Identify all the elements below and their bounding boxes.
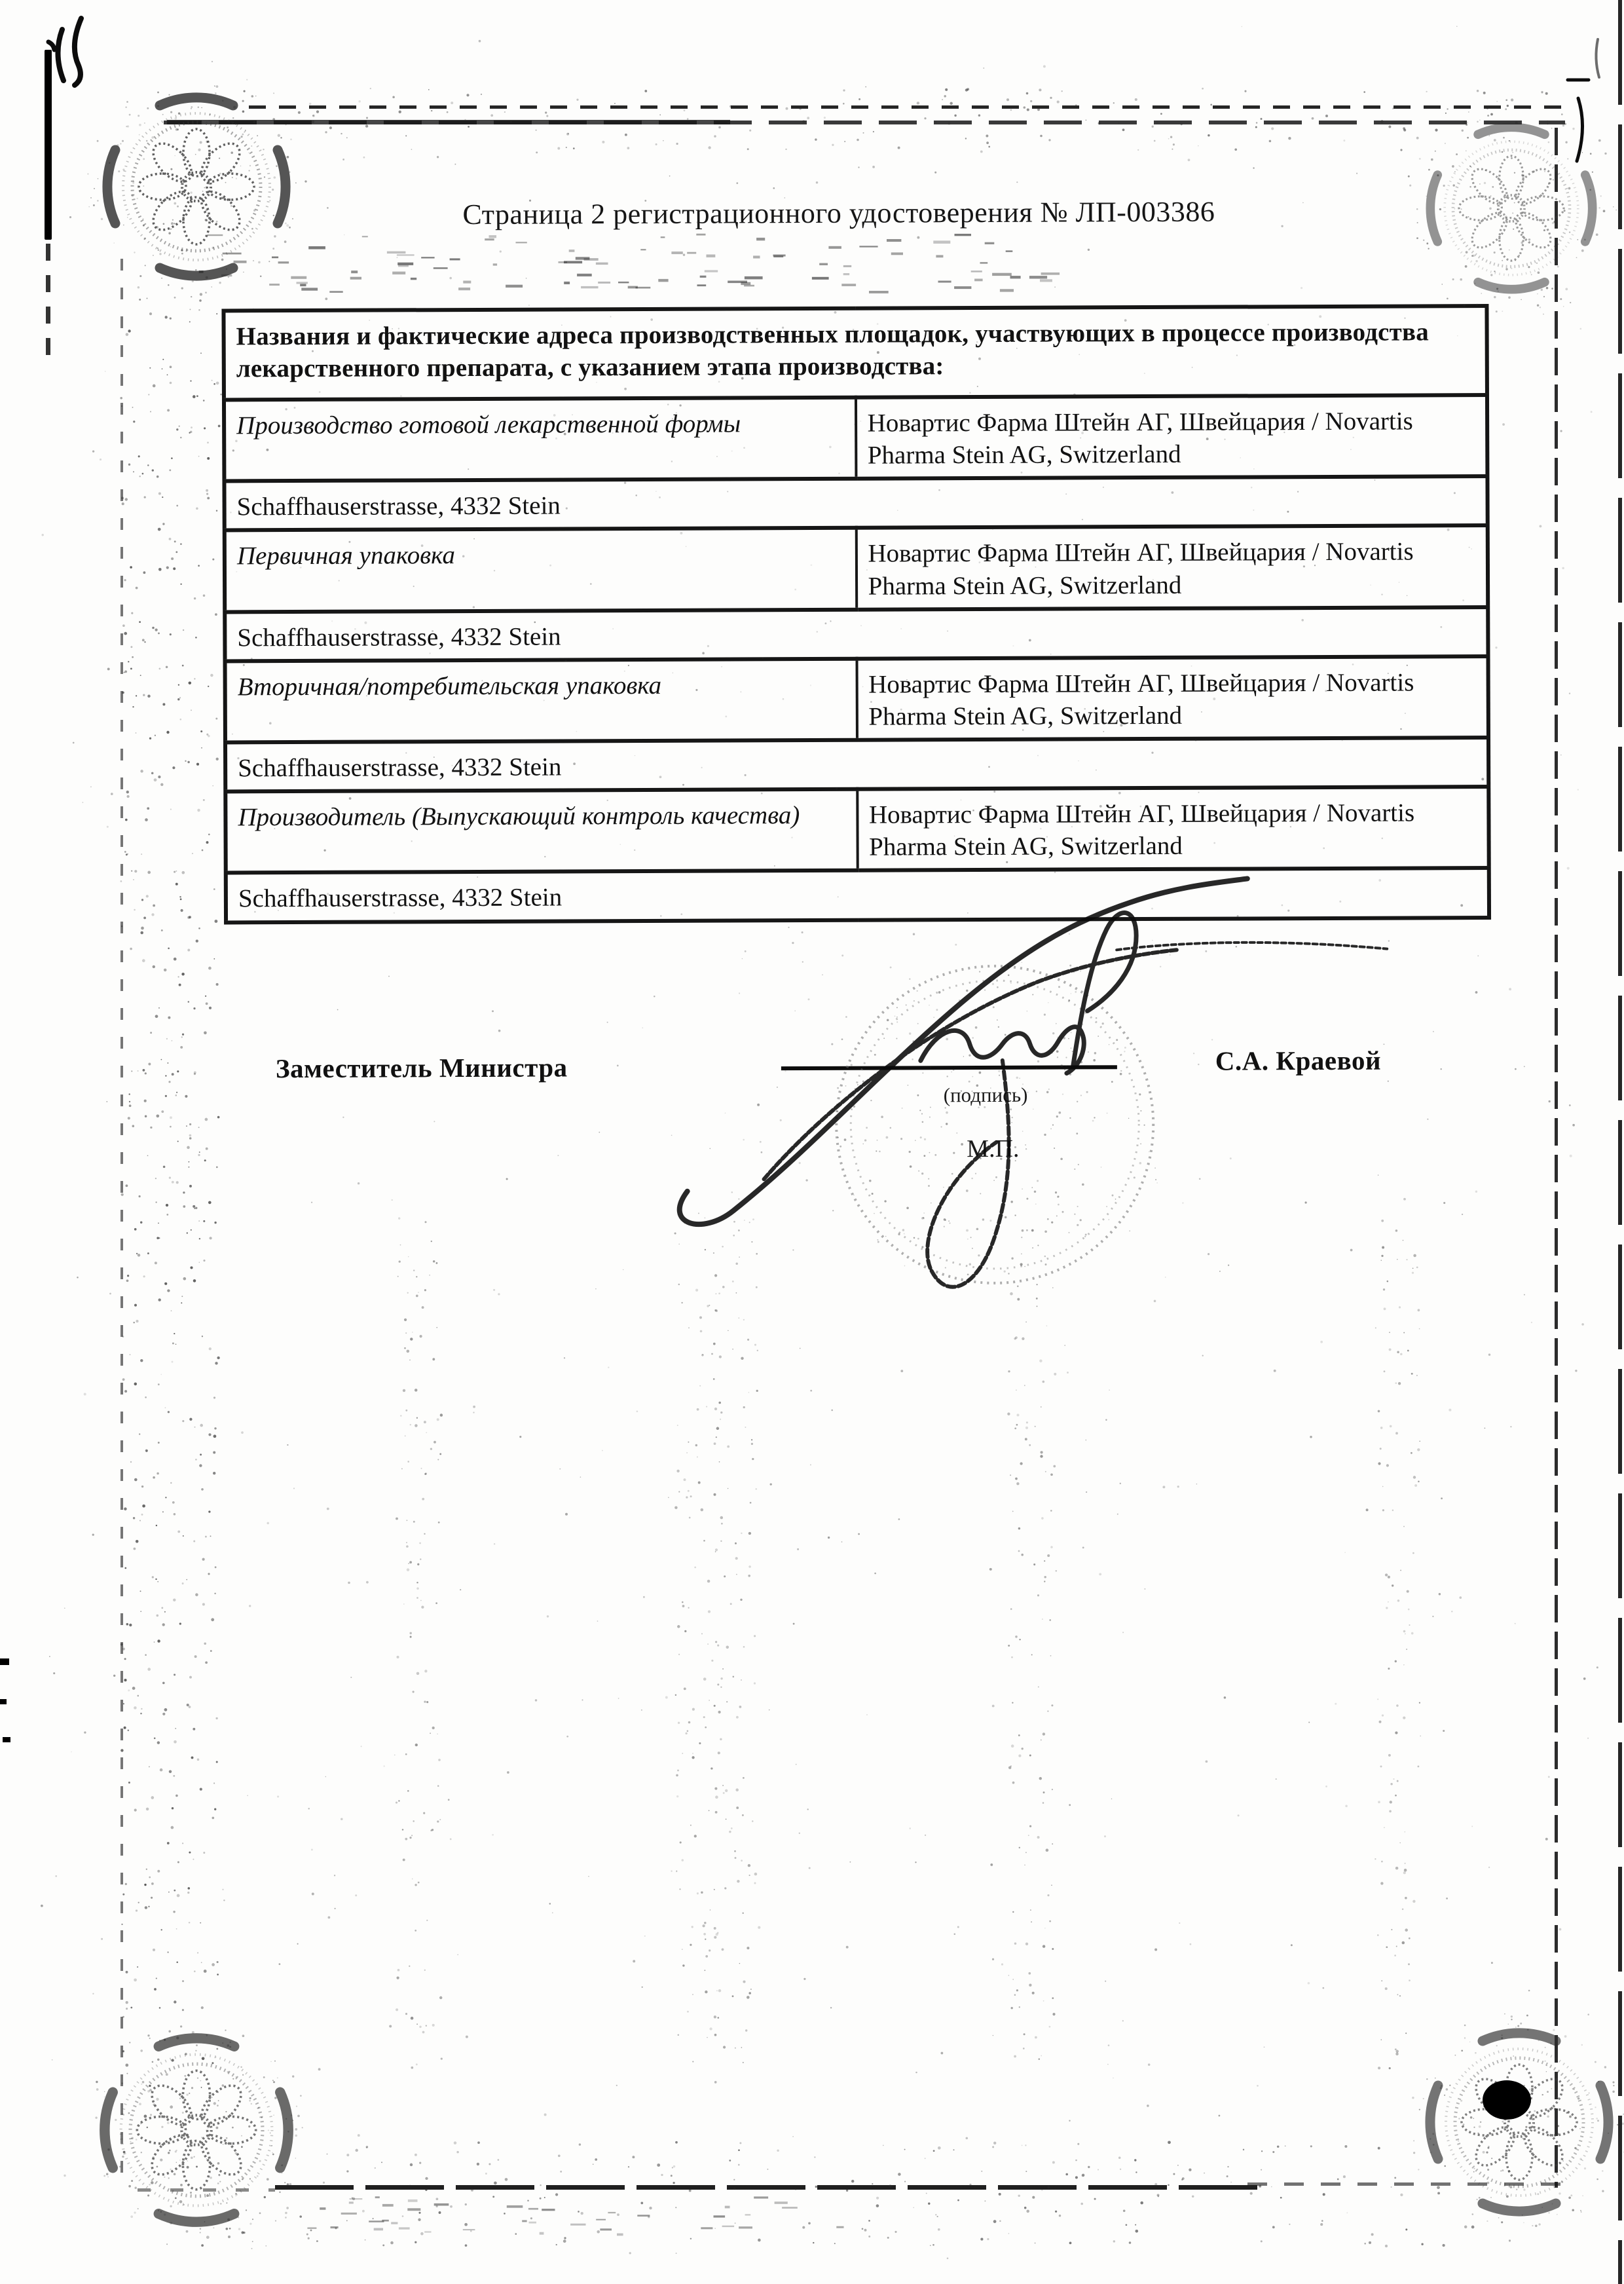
black-dot-mark [1483,2080,1531,2120]
scanned-certificate-page: Страница 2 регистрационного удостоверени… [0,0,1624,2284]
handwritten-note [0,0,1624,2284]
